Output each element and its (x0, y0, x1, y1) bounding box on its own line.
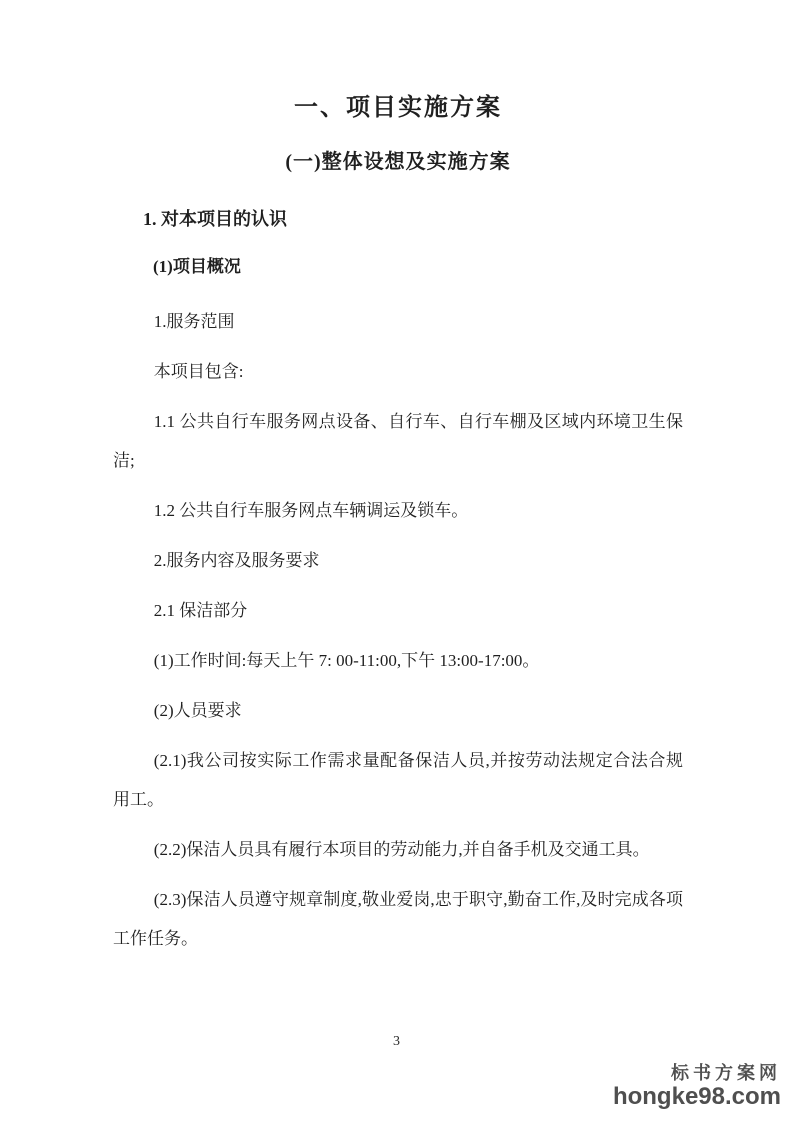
paragraph: (2)人员要求 (113, 691, 683, 730)
subsection-heading: (1)项目概况 (113, 252, 683, 282)
paragraph: 1.1 公共自行车服务网点设备、自行车、自行车棚及区域内环境卫生保洁; (113, 402, 683, 480)
watermark-logo: 标书方案网 hongke98.com (613, 1064, 781, 1110)
paragraph: 1.2 公共自行车服务网点车辆调运及锁车。 (113, 491, 683, 530)
watermark-site-name: 标书方案网 (613, 1064, 781, 1084)
paragraph: (2.1)我公司按实际工作需求量配备保洁人员,并按劳动法规定合法合规用工。 (113, 741, 683, 819)
document-title: 一、项目实施方案 (113, 92, 683, 124)
document-body: 一、项目实施方案 (一)整体设想及实施方案 1. 对本项目的认识 (1)项目概况… (113, 92, 683, 969)
paragraph: 2.1 保洁部分 (113, 591, 683, 630)
paragraph: 1.服务范围 (113, 302, 683, 341)
paragraph: 本项目包含: (113, 352, 683, 391)
paragraph: (2.2)保洁人员具有履行本项目的劳动能力,并自备手机及交通工具。 (113, 830, 683, 869)
document-subtitle: (一)整体设想及实施方案 (113, 148, 683, 176)
paragraph: 2.服务内容及服务要求 (113, 541, 683, 580)
section-heading: 1. 对本项目的认识 (113, 204, 683, 234)
paragraph: (2.3)保洁人员遵守规章制度,敬业爱岗,忠于职守,勤奋工作,及时完成各项工作任… (113, 880, 683, 958)
watermark-site-domain: hongke98.com (613, 1084, 781, 1110)
document-page: 一、项目实施方案 (一)整体设想及实施方案 1. 对本项目的认识 (1)项目概况… (0, 0, 793, 1122)
paragraph: (1)工作时间:每天上午 7: 00-11:00,下午 13:00-17:00。 (113, 641, 683, 680)
page-number: 3 (0, 1034, 793, 1050)
